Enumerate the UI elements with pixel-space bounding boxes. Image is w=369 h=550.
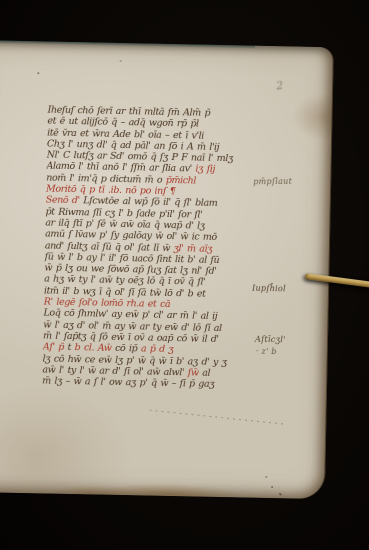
foxing-speck xyxy=(120,60,122,62)
manuscript-page: 2 Iheſuſ chō ſerī ar thī mltā ſm̄ Alm̄ p… xyxy=(0,40,334,499)
foxing-speck xyxy=(265,476,267,478)
parchment-crease xyxy=(150,410,287,425)
foxing-speck xyxy=(37,72,39,74)
folio-number: 2 xyxy=(275,79,284,93)
marginal-note: Iupſh̄iol xyxy=(252,284,286,294)
foxing-speck xyxy=(279,493,282,496)
marginal-note: pm̄pſlaut xyxy=(253,177,292,187)
marginal-note: · z' b xyxy=(256,347,277,356)
foxing-speck xyxy=(271,486,273,488)
marginal-note: Aſtīcʒl' xyxy=(255,335,286,345)
manuscript-text-block: Iheſuſ chō ſerī ar thī mltā ſm̄ Alm̄ p̄e… xyxy=(42,104,250,390)
photo-stage: 2 Iheſuſ chō ſerī ar thī mltā ſm̄ Alm̄ p… xyxy=(0,0,369,550)
